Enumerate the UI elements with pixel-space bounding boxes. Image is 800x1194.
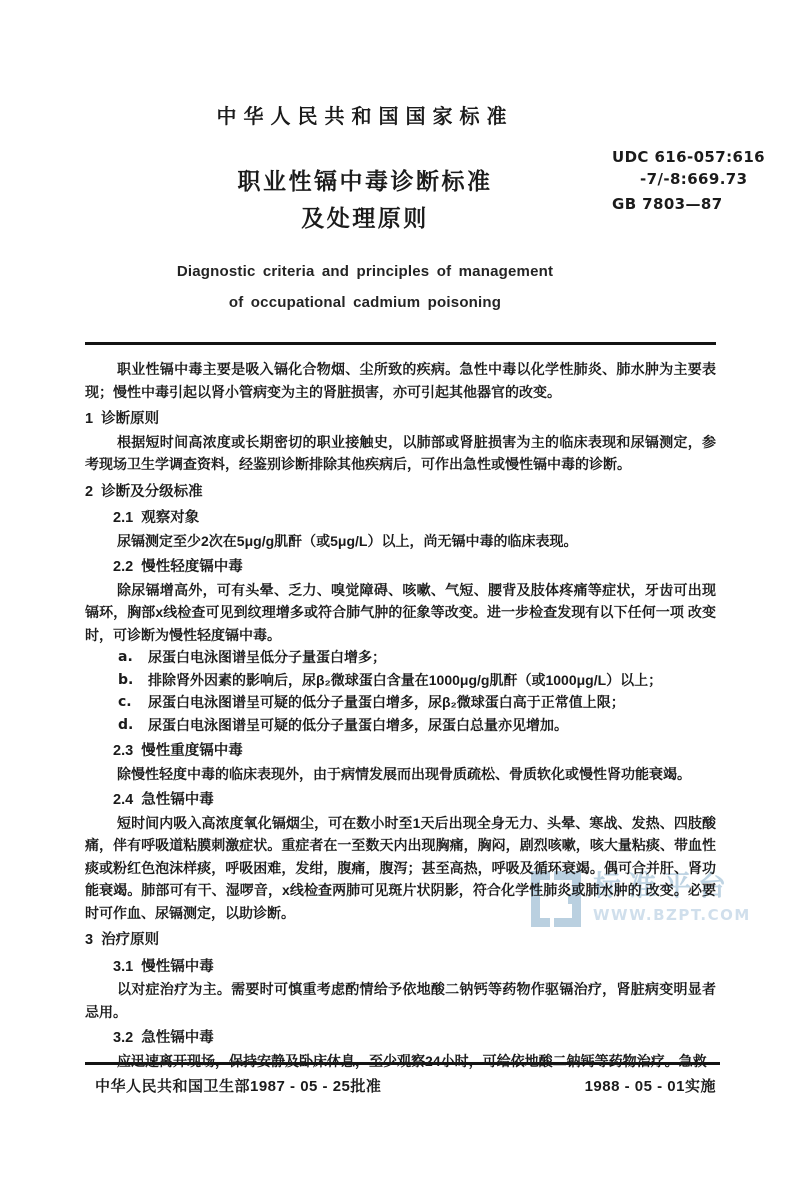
section-2-heading: 2 诊断及分级标准: [85, 481, 716, 504]
list-item-a-text: 尿蛋白电泳图谱呈低分子量蛋白增多；: [148, 646, 716, 669]
header-divider-rule: [85, 342, 716, 345]
implementation-note: 1988 - 05 - 01实施: [585, 1075, 716, 1096]
standard-number: GB 7803—87: [612, 193, 765, 215]
udc-line-2: -7/-8:669.73: [612, 168, 765, 190]
footer-row: 中华人民共和国卫生部1987 - 05 - 25批准 1988 - 05 - 0…: [95, 1075, 716, 1096]
list-item-d-text: 尿蛋白电泳图谱呈可疑的低分子量蛋白增多，尿蛋白总量亦见增加。: [148, 714, 716, 737]
document-title-english-line2: of occupational cadmium poisoning: [85, 287, 645, 318]
list-item-c-text: 尿蛋白电泳图谱呈可疑的低分子量蛋白增多，尿β₂微球蛋白高于正常值上限；: [148, 691, 716, 714]
document-title-english-line1: Diagnostic criteria and principles of ma…: [85, 256, 645, 287]
list-item-d: d. 尿蛋白电泳图谱呈可疑的低分子量蛋白增多，尿蛋白总量亦见增加。: [85, 714, 716, 737]
section-3-2-heading: 3.2 急性镉中毒: [85, 1027, 716, 1050]
udc-classification-block: UDC 616-057:616 -7/-8:669.73 GB 7803—87: [612, 146, 765, 215]
section-3-1-heading: 3.1 慢性镉中毒: [85, 956, 716, 979]
list-item-c-label: c.: [118, 691, 148, 714]
section-2-1-paragraph: 尿镉测定至少2次在5μg/g肌酐（或5μg/L）以上，尚无镉中毒的临床表现。: [85, 530, 716, 553]
list-item-b-label: b.: [118, 669, 148, 692]
document-header: 中华人民共和国国家标准 职业性镉中毒诊断标准 及处理原则 Diagnostic …: [85, 104, 645, 318]
section-3-heading: 3 治疗原则: [85, 929, 716, 952]
list-item-a-label: a.: [118, 646, 148, 669]
section-1-paragraph: 根据短时间高浓度或长期密切的职业接触史，以肺部或肾脏损害为主的临床表现和尿镉测定…: [85, 431, 716, 476]
list-item-a: a. 尿蛋白电泳图谱呈低分子量蛋白增多；: [85, 646, 716, 669]
list-item-c: c. 尿蛋白电泳图谱呈可疑的低分子量蛋白增多，尿β₂微球蛋白高于正常值上限；: [85, 691, 716, 714]
section-2-3-heading: 2.3 慢性重度镉中毒: [85, 740, 716, 763]
udc-line-1: UDC 616-057:616: [612, 146, 765, 168]
section-1-heading: 1 诊断原则: [85, 408, 716, 431]
document-title-line2: 及处理原则: [85, 200, 645, 237]
section-3-1-paragraph: 以对症治疗为主。需要时可慎重考虑酌情给予依地酸二钠钙等药物作驱镉治疗，肾脏病变明…: [85, 978, 716, 1023]
section-2-1-heading: 2.1 观察对象: [85, 507, 716, 530]
section-3-2-paragraph: 应迅速离开现场，保持安静及卧床休息，至少观察24小时，可给依地酸二钠钙等药物治疗…: [85, 1050, 716, 1073]
section-2-2-paragraph: 除尿镉增高外，可有头晕、乏力、嗅觉障碍、咳嗽、气短、腰背及肢体疼痛等症状，牙齿可…: [85, 579, 716, 647]
standard-label: 中华人民共和国国家标准: [85, 104, 645, 130]
document-body: 职业性镉中毒主要是吸入镉化合物烟、尘所致的疾病。急性中毒以化学性肺炎、肺水肿为主…: [85, 358, 716, 1072]
list-item-b-text: 排除肾外因素的影响后，尿β₂微球蛋白含量在1000μg/g肌酐（或1000μg/…: [148, 669, 716, 692]
section-2-2-heading: 2.2 慢性轻度镉中毒: [85, 556, 716, 579]
approval-note: 中华人民共和国卫生部1987 - 05 - 25批准: [95, 1075, 381, 1096]
section-2-4-paragraph: 短时间内吸入高浓度氧化镉烟尘，可在数小时至1天后出现全身无力、头晕、寒战、发热、…: [85, 812, 716, 925]
section-2-4-heading: 2.4 急性镉中毒: [85, 789, 716, 812]
list-item-d-label: d.: [118, 714, 148, 737]
section-2-3-paragraph: 除慢性轻度中毒的临床表现外，由于病情发展而出现骨质疏松、骨质软化或慢性肾功能衰竭…: [85, 763, 716, 786]
list-item-b: b. 排除肾外因素的影响后，尿β₂微球蛋白含量在1000μg/g肌酐（或1000…: [85, 669, 716, 692]
intro-paragraph: 职业性镉中毒主要是吸入镉化合物烟、尘所致的疾病。急性中毒以化学性肺炎、肺水肿为主…: [85, 358, 716, 403]
document-title-line1: 职业性镉中毒诊断标准: [85, 163, 645, 200]
document-page: 中华人民共和国国家标准 职业性镉中毒诊断标准 及处理原则 Diagnostic …: [0, 0, 800, 1194]
